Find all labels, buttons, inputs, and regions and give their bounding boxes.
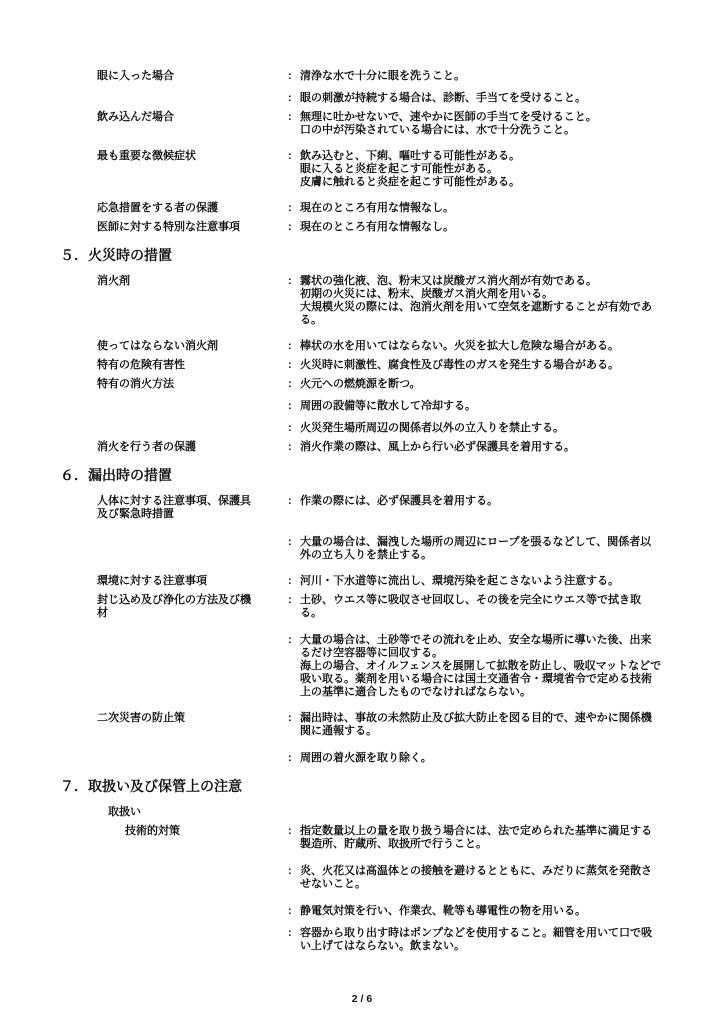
field-label: 医師に対する特別な注意事項 [60,221,288,234]
field-entry: :土砂、ウエス等に吸収させ回収し、その後を完全にウエス等で拭き取る。 [288,594,674,620]
section-header: ６．漏出時の措置 [60,467,674,484]
field-entry: :飲み込むと、下痢、嘔吐する可能性がある。 眼に入ると炎症を起こす可能性がある。… [288,150,674,189]
field-entry: :周囲の設備等に散水して冷却する。 [288,400,674,413]
field-label: 環境に対する注意事項 [60,575,288,588]
field-entry: :火災時に刺激性、腐食性及び毒性のガスを発生する場合がある。 [288,359,674,372]
section-header: ５．火災時の措置 [60,247,674,264]
field-row: 医師に対する特別な注意事項:現在のところ有用な情報なし。 [60,221,674,234]
colon-separator: : [288,70,300,83]
field-row: 最も重要な徴候症状:飲み込むと、下痢、嘔吐する可能性がある。 眼に入ると炎症を起… [60,150,674,189]
section: ６．漏出時の措置人体に対する注意事項、保護具 及び緊急時措置:作業の際には、必ず… [60,467,674,765]
field-text: 土砂、ウエス等に吸収させ回収し、その後を完全にウエス等で拭き取る。 [300,594,662,620]
field-row: 眼に入った場合:清浄な水で十分に眼を洗うこと。:眼の刺激が持続する場合は、診断、… [60,70,674,105]
page-number: 2 / 6 [0,993,724,1006]
field-label: 消火を行う者の保護 [60,441,288,454]
field-row: 消火剤:霧状の強化液、泡、粉末又は炭酸ガス消火剤が有効である。 初期の火災には、… [60,275,674,327]
colon-separator: : [288,441,300,454]
field-entry: :現在のところ有用な情報なし。 [288,221,674,234]
field-entry: :作業の際には、必ず保護具を着用する。 [288,495,674,508]
colon-separator: : [288,400,300,413]
field-entry: :現在のところ有用な情報なし。 [288,202,674,215]
colon-separator: : [288,594,300,607]
field-entries: :火災時に刺激性、腐食性及び毒性のガスを発生する場合がある。 [288,359,674,372]
field-text: 容器から取り出す時はポンプなどを使用すること。細管を用いて口で吸い上げてはならな… [300,927,662,953]
field-text: 火災時に刺激性、腐食性及び毒性のガスを発生する場合がある。 [300,359,662,372]
field-entry: :大量の場合は、土砂等でその流れを止め、安全な場所に導いた後、出来るだけ空容器等… [288,634,674,699]
field-text: 火元への燃焼源を断つ。 [300,378,662,391]
field-row: 特有の消火方法:火元への燃焼源を断つ。:周囲の設備等に散水して冷却する。:火災発… [60,378,674,435]
field-row: 消火を行う者の保護:消火作業の際は、風上から行い必ず保護具を着用する。 [60,441,674,454]
field-entries: :霧状の強化液、泡、粉末又は炭酸ガス消火剤が有効である。 初期の火災には、粉末、… [288,275,674,327]
field-text: 作業の際には、必ず保護具を着用する。 [300,495,662,508]
colon-separator: : [288,221,300,234]
field-entry: :清浄な水で十分に眼を洗うこと。 [288,70,674,83]
field-entries: :飲み込むと、下痢、嘔吐する可能性がある。 眼に入ると炎症を起こす可能性がある。… [288,150,674,189]
colon-separator: : [288,359,300,372]
colon-separator: : [288,111,300,124]
field-text: 河川・下水道等に流出し、環境汚染を起こさないよう注意する。 [300,575,662,588]
field-entry: :眼の刺激が持続する場合は、診断、手当てを受けること。 [288,92,674,105]
document-body: 眼に入った場合:清浄な水で十分に眼を洗うこと。:眼の刺激が持続する場合は、診断、… [60,70,674,953]
field-row: 使ってはならない消火剤:棒状の水を用いてはならない。火災を拡大し危険な場合がある… [60,340,674,353]
colon-separator: : [288,340,300,353]
field-entry: :周囲の着火源を取り除く。 [288,752,674,765]
field-text: 現在のところ有用な情報なし。 [300,202,662,215]
field-text: 霧状の強化液、泡、粉末又は炭酸ガス消火剤が有効である。 初期の火災には、粉末、炭… [300,275,662,327]
field-text: 周囲の着火源を取り除く。 [300,752,662,765]
field-text: 消火作業の際は、風上から行い必ず保護具を着用する。 [300,441,662,454]
section: 眼に入った場合:清浄な水で十分に眼を洗うこと。:眼の刺激が持続する場合は、診断、… [60,70,674,234]
field-row: 応急措置をする者の保護:現在のところ有用な情報なし。 [60,202,674,215]
field-text: 炎、火花又は高温体との接触を避けるとともに、みだりに蒸気を発散させないこと。 [300,865,662,891]
field-entry: :漏出時は、事故の未然防止及び拡大防止を図る目的で、速やかに関係機関に通報する。 [288,712,674,738]
field-text: 眼の刺激が持続する場合は、診断、手当てを受けること。 [300,92,662,105]
field-row: 特有の危険有害性:火災時に刺激性、腐食性及び毒性のガスを発生する場合がある。 [60,359,674,372]
field-text: 静電気対策を行い、作業衣、靴等も導電性の物を用いる。 [300,905,662,918]
field-label: 特有の危険有害性 [60,359,288,372]
field-subheading: 取扱い [60,806,674,819]
field-entry: :河川・下水道等に流出し、環境汚染を起こさないよう注意する。 [288,575,674,588]
colon-separator: : [288,536,300,549]
colon-separator: : [288,150,300,163]
field-entry: :棒状の水を用いてはならない。火災を拡大し危険な場合がある。 [288,340,674,353]
field-label: 封じ込め及び浄化の方法及び機 材 [60,594,288,620]
field-label: 特有の消火方法 [60,378,288,391]
field-entries: :指定数量以上の量を取り扱う場合には、法で定められた基準に満足する製造所、貯蔵所… [288,825,674,953]
field-entry: :火元への燃焼源を断つ。 [288,378,674,391]
colon-separator: : [288,275,300,288]
colon-separator: : [288,927,300,940]
field-entries: :消火作業の際は、風上から行い必ず保護具を着用する。 [288,441,674,454]
field-row: 飲み込んだ場合:無理に吐かせないで、速やかに医師の手当てを受けること。 口の中が… [60,111,674,137]
field-entry: :消火作業の際は、風上から行い必ず保護具を着用する。 [288,441,674,454]
field-entries: :土砂、ウエス等に吸収させ回収し、その後を完全にウエス等で拭き取る。:大量の場合… [288,594,674,699]
field-entries: :棒状の水を用いてはならない。火災を拡大し危険な場合がある。 [288,340,674,353]
field-row: 封じ込め及び浄化の方法及び機 材:土砂、ウエス等に吸収させ回収し、その後を完全に… [60,594,674,699]
field-label: 消火剤 [60,275,288,288]
document-page: 眼に入った場合:清浄な水で十分に眼を洗うこと。:眼の刺激が持続する場合は、診断、… [0,0,724,1024]
colon-separator: : [288,752,300,765]
field-entry: :霧状の強化液、泡、粉末又は炭酸ガス消火剤が有効である。 初期の火災には、粉末、… [288,275,674,327]
field-entries: :作業の際には、必ず保護具を着用する。:大量の場合は、漏洩した場所の周辺にロープ… [288,495,674,562]
field-text: 飲み込むと、下痢、嘔吐する可能性がある。 眼に入ると炎症を起こす可能性がある。 … [300,150,662,189]
field-row: 環境に対する注意事項:河川・下水道等に流出し、環境汚染を起こさないよう注意する。 [60,575,674,588]
field-entry: :炎、火花又は高温体との接触を避けるとともに、みだりに蒸気を発散させないこと。 [288,865,674,891]
field-entries: :無理に吐かせないで、速やかに医師の手当てを受けること。 口の中が汚染されている… [288,111,674,137]
field-row: 技術的対策:指定数量以上の量を取り扱う場合には、法で定められた基準に満足する製造… [60,825,674,953]
colon-separator: : [288,905,300,918]
field-label: 最も重要な徴候症状 [60,150,288,163]
field-label: 飲み込んだ場合 [60,111,288,124]
colon-separator: : [288,422,300,435]
field-entry: :無理に吐かせないで、速やかに医師の手当てを受けること。 口の中が汚染されている… [288,111,674,137]
field-entry: :大量の場合は、漏洩した場所の周辺にロープを張るなどして、関係者以外の立ち入りを… [288,536,674,562]
section-header: ７．取扱い及び保管上の注意 [60,778,674,795]
field-label: 応急措置をする者の保護 [60,202,288,215]
field-entries: :火元への燃焼源を断つ。:周囲の設備等に散水して冷却する。:火災発生場所周辺の関… [288,378,674,435]
field-text: 周囲の設備等に散水して冷却する。 [300,400,662,413]
field-label: 人体に対する注意事項、保護具 及び緊急時措置 [60,495,288,521]
field-entries: :現在のところ有用な情報なし。 [288,221,674,234]
field-text: 大量の場合は、漏洩した場所の周辺にロープを張るなどして、関係者以外の立ち入りを禁… [300,536,662,562]
colon-separator: : [288,825,300,838]
field-row: 二次災害の防止策:漏出時は、事故の未然防止及び拡大防止を図る目的で、速やかに関係… [60,712,674,765]
field-entry: :指定数量以上の量を取り扱う場合には、法で定められた基準に満足する製造所、貯蔵所… [288,825,674,851]
colon-separator: : [288,378,300,391]
field-text: 清浄な水で十分に眼を洗うこと。 [300,70,662,83]
colon-separator: : [288,634,300,647]
field-text: 指定数量以上の量を取り扱う場合には、法で定められた基準に満足する製造所、貯蔵所、… [300,825,662,851]
field-text: 漏出時は、事故の未然防止及び拡大防止を図る目的で、速やかに関係機関に通報する。 [300,712,662,738]
field-text: 大量の場合は、土砂等でその流れを止め、安全な場所に導いた後、出来るだけ空容器等に… [300,634,662,699]
colon-separator: : [288,865,300,878]
field-label: 眼に入った場合 [60,70,288,83]
field-entries: :河川・下水道等に流出し、環境汚染を起こさないよう注意する。 [288,575,674,588]
field-text: 火災発生場所周辺の関係者以外の立入りを禁止する。 [300,422,662,435]
field-row: 人体に対する注意事項、保護具 及び緊急時措置:作業の際には、必ず保護具を着用する… [60,495,674,562]
field-entries: :清浄な水で十分に眼を洗うこと。:眼の刺激が持続する場合は、診断、手当てを受ける… [288,70,674,105]
colon-separator: : [288,202,300,215]
field-label: 二次災害の防止策 [60,712,288,725]
field-text: 無理に吐かせないで、速やかに医師の手当てを受けること。 口の中が汚染されている場… [300,111,662,137]
colon-separator: : [288,92,300,105]
section: ７．取扱い及び保管上の注意取扱い技術的対策:指定数量以上の量を取り扱う場合には、… [60,778,674,953]
field-entries: :漏出時は、事故の未然防止及び拡大防止を図る目的で、速やかに関係機関に通報する。… [288,712,674,765]
field-text: 現在のところ有用な情報なし。 [300,221,662,234]
field-entry: :静電気対策を行い、作業衣、靴等も導電性の物を用いる。 [288,905,674,918]
field-label: 技術的対策 [60,825,288,838]
field-entries: :現在のところ有用な情報なし。 [288,202,674,215]
field-entry: :火災発生場所周辺の関係者以外の立入りを禁止する。 [288,422,674,435]
section: ５．火災時の措置消火剤:霧状の強化液、泡、粉末又は炭酸ガス消火剤が有効である。 … [60,247,674,454]
colon-separator: : [288,712,300,725]
colon-separator: : [288,575,300,588]
field-entry: :容器から取り出す時はポンプなどを使用すること。細管を用いて口で吸い上げてはなら… [288,927,674,953]
field-text: 棒状の水を用いてはならない。火災を拡大し危険な場合がある。 [300,340,662,353]
colon-separator: : [288,495,300,508]
field-label: 使ってはならない消火剤 [60,340,288,353]
